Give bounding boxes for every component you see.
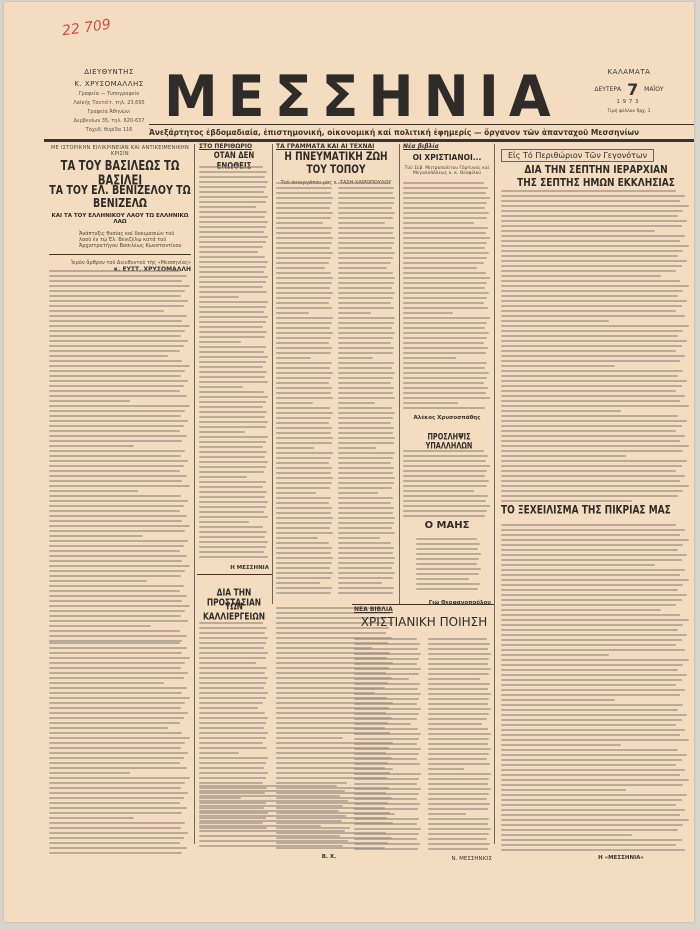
- text-line: [501, 679, 682, 681]
- text-line: [354, 723, 411, 725]
- text-line: [403, 500, 486, 502]
- text-line: [276, 222, 323, 224]
- text-line: [199, 767, 264, 769]
- text-line: [276, 542, 329, 544]
- text-line: [501, 609, 661, 611]
- headline: ΤΑ ΤΟΥ ΕΛ. ΒΕΝΙΖΕΛΟΥ ΤΩ ΒΕΝΙΖΕΛΩ: [49, 185, 191, 212]
- text-line: [338, 392, 393, 394]
- text-line: [416, 553, 481, 555]
- text-line: [276, 312, 309, 314]
- text-line: [501, 619, 689, 621]
- text-line: [276, 592, 331, 594]
- text-line: [338, 387, 394, 389]
- article-hierarchy: Εἰς Τό Περιθώριον Τῶν Γεγονότων ΔΙΑ ΤΗΝ …: [501, 145, 691, 190]
- text-line: [49, 480, 182, 482]
- text-line: [338, 382, 391, 384]
- text-line: [501, 245, 689, 247]
- text-line: [276, 587, 332, 589]
- text-line: [501, 425, 682, 427]
- text-line: [276, 272, 331, 274]
- text-line: [199, 271, 264, 273]
- text-line: [428, 703, 488, 705]
- text-line: [501, 744, 621, 746]
- text-line: [338, 537, 380, 539]
- text-line: [199, 361, 266, 363]
- text-line: [403, 197, 490, 199]
- text-line: [501, 410, 621, 412]
- text-line: [199, 682, 266, 684]
- text-line: [199, 341, 241, 343]
- text-line: [403, 465, 490, 467]
- text-line: [49, 410, 185, 412]
- text-line: [49, 635, 187, 637]
- text-line: [199, 737, 266, 739]
- text-line: [199, 416, 265, 418]
- text-line: [501, 699, 615, 701]
- text-line: [403, 287, 485, 289]
- text-line: [199, 531, 267, 533]
- office-line: Γραφεία — Τυπογραφείο: [44, 91, 174, 97]
- text-line: [199, 672, 265, 674]
- text-line: [403, 292, 489, 294]
- text-line: [49, 757, 184, 759]
- kicker-box: Εἰς Τό Περιθώριον Τῶν Γεγονότων: [501, 149, 654, 162]
- text-line: [49, 642, 180, 644]
- text-line: [276, 502, 329, 504]
- text-line: [199, 216, 265, 218]
- text-line: [403, 382, 484, 384]
- text-line: [276, 262, 329, 264]
- text-line: [49, 662, 185, 664]
- text-line: [403, 232, 486, 234]
- text-line: [338, 272, 393, 274]
- text-line: [338, 197, 395, 199]
- text-line: [276, 362, 332, 364]
- text-line: [501, 355, 685, 357]
- text-line: [403, 302, 484, 304]
- text-line: [354, 788, 421, 790]
- text-line: [276, 452, 333, 454]
- text-line: [403, 192, 486, 194]
- text-line: [338, 452, 395, 454]
- text-line: [49, 722, 180, 724]
- text-line: [49, 702, 185, 704]
- text-line: [501, 759, 682, 761]
- text-line: [501, 784, 683, 786]
- text-line: [501, 844, 676, 846]
- text-line: [338, 457, 393, 459]
- text-line: [49, 822, 185, 824]
- text-line: [501, 475, 685, 477]
- text-line: [49, 697, 190, 699]
- kicker: Νέα βιβλία: [403, 143, 491, 150]
- text-line: [354, 833, 419, 835]
- text-line: [354, 758, 417, 760]
- text-line: [199, 346, 266, 348]
- text-line: [199, 471, 264, 473]
- text-line: [199, 536, 265, 538]
- text-line: [501, 220, 687, 222]
- text-line: [338, 527, 392, 529]
- text-line: [338, 302, 391, 304]
- text-line: [501, 315, 685, 317]
- text-line: [199, 426, 266, 428]
- headline: ΤΗΣ ΣΕΠΤΗΣ ΗΜΩΝ ΕΚΚΛΗΣΙΑΣ: [501, 179, 691, 191]
- text-line: [199, 632, 265, 634]
- text-line: [49, 520, 182, 522]
- text-line: [428, 813, 466, 815]
- text-line: [338, 377, 393, 379]
- text-line: [276, 292, 333, 294]
- text-line: [501, 465, 682, 467]
- text-line: [403, 297, 487, 299]
- text-line: [354, 733, 421, 735]
- text-line: [338, 522, 394, 524]
- text-line: [276, 427, 332, 429]
- masthead-title: ΜΕΣΣΗΝΙΑ: [164, 69, 544, 126]
- text-line: [276, 192, 331, 194]
- text-line: [501, 485, 689, 487]
- text-line: [501, 330, 683, 332]
- text-line: [428, 653, 491, 655]
- text-line: [501, 500, 632, 502]
- text-line: [199, 815, 346, 817]
- article-body: [199, 785, 349, 850]
- text-line: [416, 583, 480, 585]
- text-line: [49, 692, 182, 694]
- text-line: [49, 742, 185, 744]
- text-line: [338, 347, 394, 349]
- text-line: [403, 480, 489, 482]
- text-line: [49, 395, 187, 397]
- text-line: [403, 222, 474, 224]
- text-line: [501, 190, 676, 192]
- text-line: [403, 387, 488, 389]
- text-line: [338, 242, 394, 244]
- text-line: [403, 367, 485, 369]
- text-line: [403, 272, 486, 274]
- text-line: [276, 497, 331, 499]
- text-line: [354, 683, 420, 685]
- text-line: [338, 407, 392, 409]
- text-line: [354, 778, 419, 780]
- text-line: [276, 632, 386, 634]
- text-line: [199, 376, 265, 378]
- text-line: [199, 256, 265, 258]
- text-line: [501, 654, 609, 656]
- text-line: [276, 737, 343, 739]
- text-line: [354, 783, 417, 785]
- text-line: [49, 500, 188, 502]
- text-line: [276, 277, 333, 279]
- text-line: [338, 317, 395, 319]
- text-line: [338, 582, 382, 584]
- text-line: [199, 451, 267, 453]
- text-line: [338, 297, 393, 299]
- text-line: [49, 350, 180, 352]
- text-line: [276, 447, 314, 449]
- text-line: [501, 644, 676, 646]
- text-line: [354, 813, 395, 815]
- text-line: [354, 668, 421, 670]
- text-line: [428, 753, 489, 755]
- text-line: [354, 658, 419, 660]
- text-line: [199, 637, 268, 639]
- text-line: [354, 773, 421, 775]
- text-line: [428, 713, 489, 715]
- text-line: [199, 206, 256, 208]
- text-line: [416, 558, 479, 560]
- text-line: [501, 634, 687, 636]
- text-line: [501, 694, 680, 696]
- price: Τιμή φύλλου δρχ. 1: [564, 109, 694, 114]
- text-line: [501, 664, 683, 666]
- kicker: ΣΤΟ ΠΕΡΙΘΩΡΙΟ: [199, 143, 269, 150]
- column-rule: [272, 144, 273, 604]
- kicker: ΜΕ ΙΣΤΟΡΙΚΗΝ ΕΙΛΙΚΡΙΝΕΙΑΝ ΚΑΙ ΑΝΤΙΚΕΙΜΕΝ…: [49, 145, 191, 157]
- text-line: [428, 783, 488, 785]
- text-line: [501, 320, 609, 322]
- text-line: [501, 200, 680, 202]
- text-line: [199, 481, 266, 483]
- text-line: [354, 663, 417, 665]
- text-line: [403, 357, 456, 359]
- text-line: [501, 524, 676, 526]
- text-line: [428, 808, 488, 810]
- text-line: [49, 625, 151, 627]
- text-line: [49, 285, 190, 287]
- article-body: [428, 638, 492, 853]
- headline: ΔΙΑ ΤΗΝ ΣΕΠΤΗΝ ΙΕΡΑΡΧΙΑΝ: [501, 166, 691, 178]
- text-line: [403, 242, 487, 244]
- headline: ΚΑΙ ΤΑ ΤΟΥ ΕΛΛΗΝΙΚΟΥ ΛΑΟΥ ΤΩ ΕΛΛΗΝΙΚΩ ΛΑ…: [49, 213, 191, 225]
- text-line: [276, 242, 332, 244]
- text-line: [501, 749, 678, 751]
- text-line: [354, 808, 418, 810]
- text-line: [428, 803, 490, 805]
- text-line: [501, 689, 685, 691]
- text-line: [501, 430, 676, 432]
- text-line: [428, 718, 487, 720]
- handwritten-archive-number: 22 709: [61, 17, 112, 40]
- text-line: [354, 708, 421, 710]
- article-spiritual-life: ΤΑ ΓΡΑΜΜΑΤΑ ΚΑΙ ΑΙ ΤΕΧΝΑΙ Η ΠΝΕΥΜΑΤΙΚΗ Ζ…: [276, 143, 396, 186]
- text-line: [199, 166, 263, 168]
- text-line: [501, 275, 661, 277]
- text-line: [338, 572, 395, 574]
- text-line: [276, 247, 330, 249]
- text-line: [403, 187, 488, 189]
- text-line: [338, 292, 395, 294]
- text-line: [199, 456, 265, 458]
- text-line: [501, 345, 682, 347]
- text-line: [501, 370, 683, 372]
- text-line: [199, 196, 268, 198]
- text-line: [354, 648, 418, 650]
- text-line: [49, 345, 184, 347]
- text-line: [501, 779, 689, 781]
- text-line: [501, 754, 687, 756]
- text-line: [49, 630, 180, 632]
- text-line: [338, 357, 373, 359]
- text-line: [49, 470, 180, 472]
- text-line: [49, 817, 134, 819]
- text-line: [199, 687, 264, 689]
- text-line: [338, 487, 392, 489]
- text-line: [199, 697, 266, 699]
- subhead: Ἀνάπτυξις θυσίας καί δοκιμασιών τοῦ λαοῦ…: [79, 231, 187, 249]
- text-line: [501, 589, 678, 591]
- text-line: [49, 280, 182, 282]
- text-line: [354, 673, 419, 675]
- text-line: [49, 812, 182, 814]
- text-line: [199, 226, 266, 228]
- newspaper-page: 22 709 ΔΙΕΥΘΥΝΤΗΣ Κ. ΧΡΥΣΟΜΑΛΛΗΣ Γραφεία…: [4, 2, 694, 922]
- text-line: [199, 331, 267, 333]
- text-line: [199, 820, 342, 822]
- text-line: [199, 476, 247, 478]
- text-line: [199, 181, 268, 183]
- text-line: [403, 317, 490, 319]
- text-line: [276, 187, 332, 189]
- text-line: [501, 455, 626, 457]
- text-line: [199, 642, 266, 644]
- kicker: ΤΑ ΓΡΑΜΜΑΤΑ ΚΑΙ ΑΙ ΤΕΧΝΑΙ: [276, 143, 396, 150]
- text-line: [49, 615, 181, 617]
- text-line: [428, 788, 491, 790]
- text-line: [49, 712, 188, 714]
- text-line: [199, 491, 267, 493]
- text-line: [276, 547, 332, 549]
- text-line: [276, 212, 333, 214]
- text-line: [199, 800, 348, 802]
- text-line: [49, 797, 184, 799]
- text-line: [354, 698, 419, 700]
- text-line: [338, 287, 392, 289]
- text-line: [354, 818, 419, 820]
- text-line: [49, 752, 188, 754]
- text-line: [338, 342, 391, 344]
- text-line: [49, 792, 188, 794]
- text-line: [338, 427, 394, 429]
- text-line: [428, 728, 488, 730]
- text-line: [501, 350, 676, 352]
- text-line: [501, 739, 689, 741]
- text-line: [403, 207, 485, 209]
- text-line: [338, 332, 395, 334]
- text-line: [338, 517, 395, 519]
- text-line: [199, 351, 264, 353]
- text-line: [428, 743, 488, 745]
- text-line: [501, 215, 678, 217]
- text-line: [276, 492, 316, 494]
- text-line: [199, 782, 263, 784]
- text-line: [199, 785, 337, 787]
- text-line: [403, 475, 485, 477]
- text-line: [276, 397, 333, 399]
- text-line: [338, 212, 395, 214]
- text-line: [199, 662, 256, 664]
- text-line: [199, 647, 264, 649]
- text-line: [403, 282, 487, 284]
- text-line: [276, 582, 320, 584]
- text-line: [338, 277, 395, 279]
- text-line: [199, 830, 345, 832]
- text-line: [403, 392, 486, 394]
- text-line: [49, 847, 187, 849]
- text-line: [199, 506, 266, 508]
- text-line: [49, 330, 185, 332]
- text-line: [49, 445, 134, 447]
- text-line: [49, 385, 184, 387]
- article-body: [49, 270, 191, 645]
- headline: ΧΡΙΣΤΙΑΝΙΚΗ ΠΟΙΗΣΗ: [354, 616, 494, 629]
- text-line: [49, 787, 181, 789]
- text-line: [49, 360, 182, 362]
- text-line: [403, 455, 488, 457]
- text-line: [199, 396, 268, 398]
- text-line: [338, 437, 395, 439]
- text-line: [276, 572, 333, 574]
- text-line: [338, 507, 394, 509]
- issue-date: ΔΕΥΤΕΡΑ 7 ΜΑΪΟΥ: [564, 80, 694, 99]
- text-line: [199, 546, 266, 548]
- text-line: [199, 251, 258, 253]
- text-line: [199, 727, 264, 729]
- text-line: [49, 595, 187, 597]
- text-line: [276, 342, 329, 344]
- text-line: [276, 457, 331, 459]
- text-line: [403, 450, 484, 452]
- text-line: [403, 505, 490, 507]
- text-line: [338, 462, 391, 464]
- text-line: [354, 763, 420, 765]
- text-line: [49, 570, 185, 572]
- text-line: [501, 799, 682, 801]
- text-line: [276, 417, 331, 419]
- office-line: Γραφεία Ἀθηνῶν:: [44, 109, 174, 115]
- text-line: [428, 638, 487, 640]
- text-line: [354, 643, 420, 645]
- text-line: [49, 505, 184, 507]
- text-line: [403, 460, 486, 462]
- text-line: [403, 362, 487, 364]
- text-line: [428, 643, 490, 645]
- text-line: [276, 782, 347, 784]
- text-line: [49, 315, 187, 317]
- text-line: [199, 356, 268, 358]
- text-line: [354, 848, 418, 850]
- text-line: [338, 592, 393, 594]
- text-line: [199, 732, 268, 734]
- text-line: [428, 848, 488, 850]
- text-line: [49, 590, 180, 592]
- text-line: [276, 372, 333, 374]
- text-line: [49, 550, 180, 552]
- text-line: [501, 205, 689, 207]
- text-line: [501, 674, 687, 676]
- text-line: [199, 336, 265, 338]
- text-line: [501, 814, 680, 816]
- text-line: [501, 599, 682, 601]
- text-line: [354, 748, 421, 750]
- text-line: [49, 495, 181, 497]
- text-line: [49, 772, 130, 774]
- text-line: [276, 352, 331, 354]
- text-line: [199, 551, 264, 553]
- text-line: [199, 406, 263, 408]
- text-line: [403, 402, 458, 404]
